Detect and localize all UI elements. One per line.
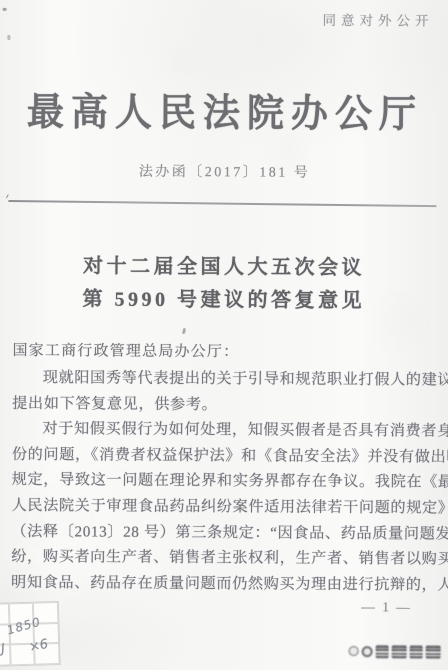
watermark-glyph-icon bbox=[376, 645, 389, 658]
blurred-logo-watermark-icon bbox=[349, 643, 441, 660]
handwritten-tally-grid: 1850 J ×6 bbox=[0, 601, 61, 667]
watermark-glyph-icon bbox=[410, 645, 423, 658]
letterhead-divider-line bbox=[8, 200, 436, 207]
scanned-document-page: 同意对外公开 最高人民法院办公厅 法办函〔2017〕181 号 对十二届全国人大… bbox=[0, 0, 448, 670]
body-text: 现就阳国秀等代表提出的关于引导和规范职业打假人的建议 提出如下答复意见，供参考。… bbox=[11, 366, 435, 599]
reply-title-line-2: 第 5990 号建议的答复意见 bbox=[0, 282, 448, 314]
body-line: 现就阳国秀等代表提出的关于引导和规范职业打假人的建议 bbox=[12, 366, 435, 394]
watermark-glyph-icon bbox=[349, 646, 359, 656]
body-line: 份的问题，《消费者权益保护法》和《食品安全法》并没有做出明确 bbox=[12, 443, 435, 471]
body-line: （法释〔2013〕28 号）第三条规定：“因食品、药品质量问题发生纠 bbox=[11, 520, 434, 548]
approval-note: 同意对外公开 bbox=[322, 9, 433, 30]
watermark-glyph-icon bbox=[362, 646, 373, 657]
watermark-glyph-icon bbox=[426, 645, 441, 658]
watermark-glyph-icon bbox=[392, 645, 407, 658]
reply-title-line-1: 对十二届全国人大五次会议 bbox=[0, 249, 448, 281]
body-line: 规定，导致这一问题在理论界和实务界都存在争议。我院在《最高 bbox=[12, 468, 435, 496]
page-number: — 1 — bbox=[361, 599, 412, 615]
body-line: 明知食品、药品存在质量问题而仍然购买为理由进行抗辩的，人民 bbox=[11, 571, 434, 599]
stray-pen-mark bbox=[182, 328, 186, 334]
body-line: 对于知假买假行为如何处理，知假买假者是否具有消费者身 bbox=[12, 417, 435, 445]
body-line: 纷，购买者向生产者、销售者主张权利，生产者、销售者以购买者 bbox=[11, 545, 434, 573]
body-line: 人民法院关于审理食品药品纠纷案件适用法律若干问题的规定》 bbox=[11, 494, 434, 522]
scan-edge-speck bbox=[3, 8, 7, 11]
scan-edge-speck bbox=[7, 35, 10, 40]
letterhead-organization: 最高人民法院办公厅 bbox=[1, 80, 448, 139]
document-number: 法办函〔2017〕181 号 bbox=[1, 160, 448, 183]
body-line: 提出如下答复意见，供参考。 bbox=[12, 392, 435, 420]
salutation: 国家工商行政管理总局办公厅： bbox=[12, 339, 434, 363]
